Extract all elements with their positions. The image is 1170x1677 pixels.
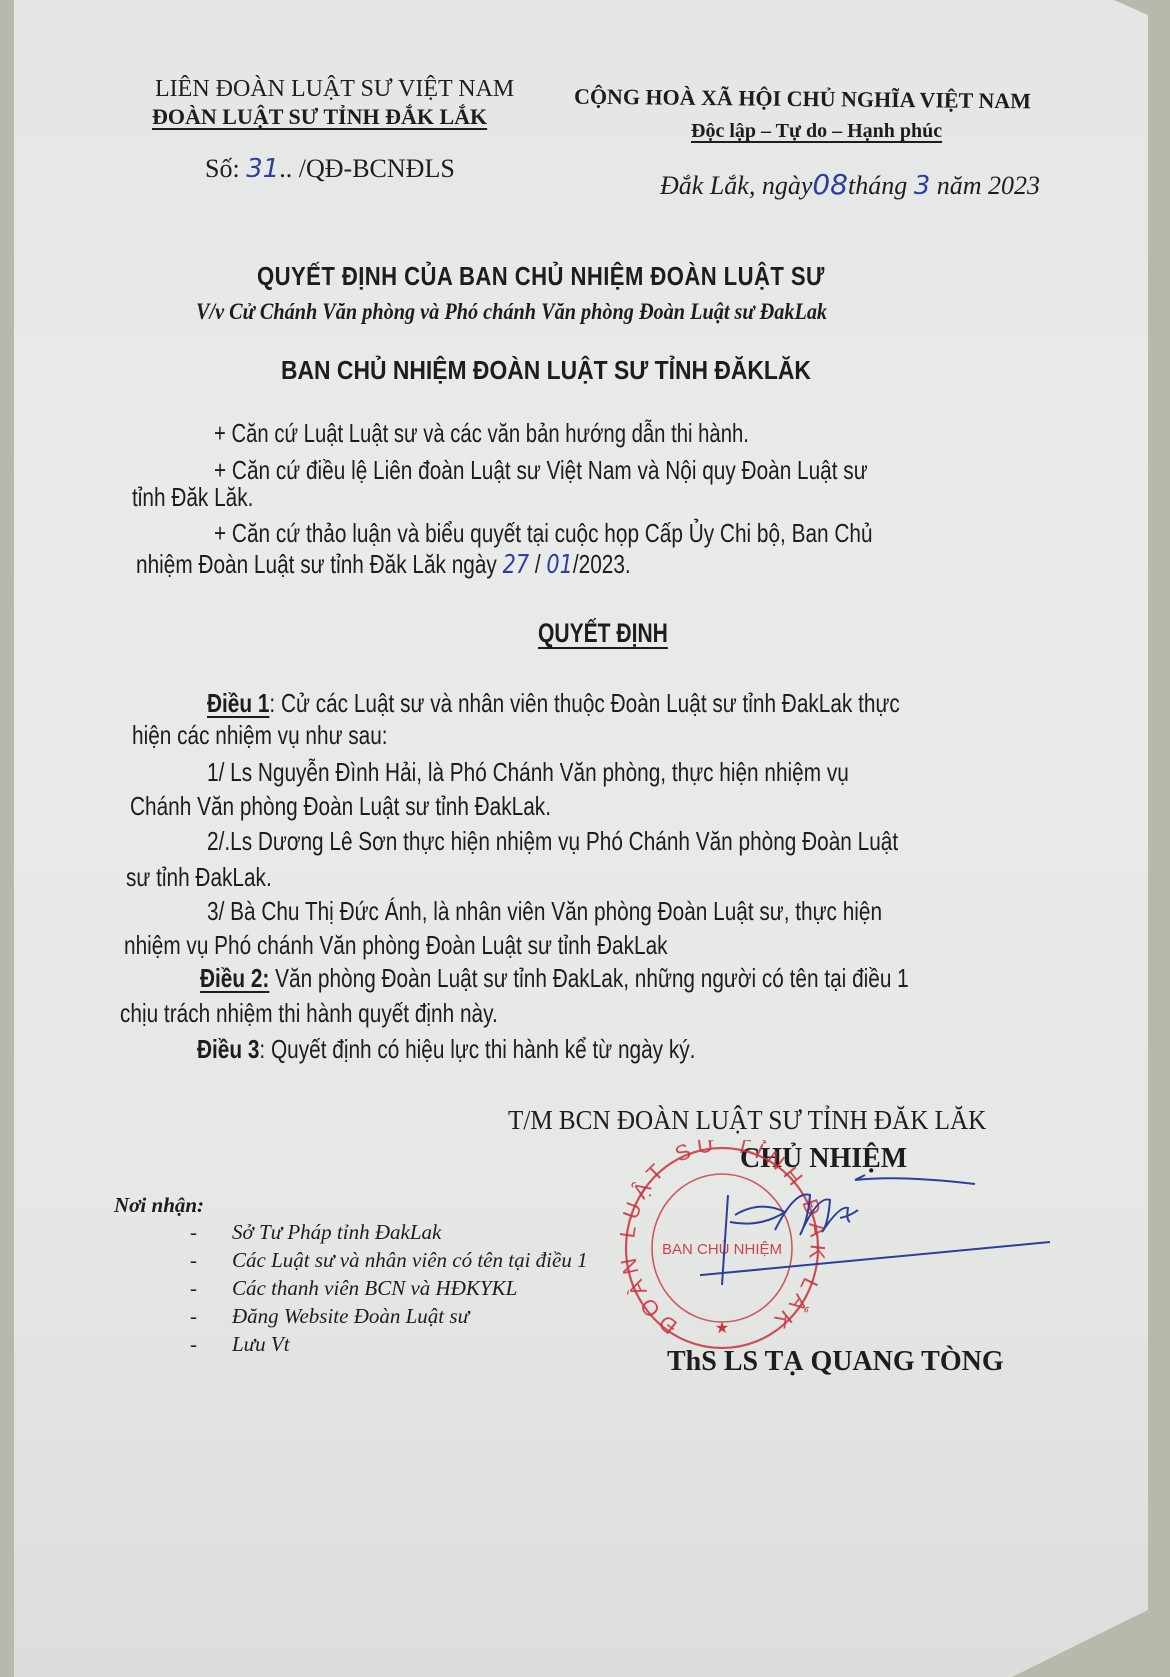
assignment-item-1-cont: Chánh Văn phòng Đoàn Luật sư tỉnh ĐakLak… <box>130 791 551 822</box>
document-number-prefix: Số: <box>205 154 246 183</box>
recipients-title: Nơi nhận: <box>114 1193 204 1218</box>
article-2-label: Điều 2: <box>200 963 269 993</box>
article-2-text: Văn phòng Đoàn Luật sư tỉnh ĐakLak, nhữn… <box>269 963 908 993</box>
assignment-item-1: 1/ Ls Nguyễn Đình Hải, là Phó Chánh Văn … <box>207 757 849 788</box>
decision-heading: QUYẾT ĐỊNH <box>538 618 668 649</box>
signature-org: T/M BCN ĐOÀN LUẬT SƯ TỈNH ĐĂK LĂK <box>508 1105 986 1136</box>
basis-line: + Căn cứ thảo luận và biểu quyết tại cuộ… <box>214 518 873 549</box>
basis-line: nhiệm Đoàn Luật sư tỉnh Đăk Lăk ngày 27 … <box>136 549 631 580</box>
national-motto: Độc lập – Tự do – Hạnh phúc <box>691 120 942 143</box>
basis-date-month: 01 <box>546 550 572 580</box>
recipient-item: Đăng Website Đoàn Luật sư <box>190 1302 588 1330</box>
document-subject: V/v Cử Chánh Văn phòng và Phó chánh Văn … <box>196 299 827 325</box>
basis-date-sep: / <box>529 549 546 579</box>
article-2: Điều 2: Văn phòng Đoàn Luật sư tỉnh ĐakL… <box>200 963 909 994</box>
document-number: Số: 31.. /QĐ-BCNĐLS <box>205 154 455 184</box>
basis-line: tỉnh Đăk Lăk. <box>132 482 253 513</box>
article-1-text: : Cử các Luật sư và nhân viên thuộc Đoàn… <box>269 688 899 718</box>
basis-date-suffix: /2023. <box>573 549 631 579</box>
basis-line: + Căn cứ điều lệ Liên đoàn Luật sư Việt … <box>214 455 868 486</box>
signature-icon <box>700 1150 1080 1330</box>
recipient-item: Lưu Vt <box>190 1330 588 1358</box>
issue-date: Đắk Lắk, ngày08tháng 3 năm 2023 <box>660 168 1040 201</box>
date-month: 3 <box>914 171 931 201</box>
basis-line: + Căn cứ Luật Luật sư và các văn bản hướ… <box>214 418 749 449</box>
signatory-name: ThS LS TẠ QUANG TÒNG <box>667 1346 1004 1378</box>
bar-association-name: ĐOÀN LUẬT SƯ TỈNH ĐẮK LẮK <box>152 104 487 130</box>
article-1-cont: hiện các nhiệm vụ như sau: <box>132 720 388 751</box>
article-3-text: : Quyết định có hiệu lực thi hành kể từ … <box>259 1034 695 1064</box>
issuer-title: BAN CHỦ NHIỆM ĐOÀN LUẬT SƯ TỈNH ĐĂKLĂK <box>281 355 811 386</box>
national-title: CỘNG HOÀ XÃ HỘI CHỦ NGHĨA VIỆT NAM <box>574 84 1031 115</box>
date-month-label: tháng <box>848 171 914 200</box>
date-year: năm 2023 <box>930 171 1040 200</box>
recipient-item: Các Luật sư và nhân viên có tên tại điều… <box>190 1246 588 1274</box>
assignment-item-3: 3/ Bà Chu Thị Đức Ánh, là nhân viên Văn … <box>207 896 882 927</box>
article-2-cont: chịu trách nhiệm thi hành quyết định này… <box>120 998 498 1029</box>
recipient-item: Sở Tư Pháp tỉnh ĐakLak <box>190 1218 588 1246</box>
article-1: Điều 1: Cử các Luật sư và nhân viên thuộ… <box>207 688 900 719</box>
assignment-item-3-cont: nhiệm vụ Phó chánh Văn phòng Đoàn Luật s… <box>124 930 668 961</box>
assignment-item-2-cont: sư tỉnh ĐakLak. <box>126 862 272 893</box>
date-prefix: Đắk Lắk, ngày <box>660 171 812 200</box>
article-3: Điều 3: Quyết định có hiệu lực thi hành … <box>197 1034 695 1065</box>
basis-date-prefix: nhiệm Đoàn Luật sư tỉnh Đăk Lăk ngày <box>136 549 503 579</box>
recipient-item: Các thanh viên BCN và HĐKYKL <box>190 1274 588 1302</box>
date-day: 08 <box>812 168 848 201</box>
federation-name: LIÊN ĐOÀN LUẬT SƯ VIỆT NAM <box>155 76 514 103</box>
document-number-handwritten: 31 <box>246 154 279 184</box>
document-title: QUYẾT ĐỊNH CỦA BAN CHỦ NHIỆM ĐOÀN LUẬT S… <box>257 261 825 292</box>
basis-date-day: 27 <box>503 550 529 580</box>
document-number-suffix: .. /QĐ-BCNĐLS <box>279 154 455 183</box>
article-1-label: Điều 1 <box>207 688 269 718</box>
assignment-item-2: 2/.Ls Dương Lê Sơn thực hiện nhiệm vụ Ph… <box>207 826 898 857</box>
article-3-label: Điều 3 <box>197 1034 259 1064</box>
recipients-list: Sở Tư Pháp tỉnh ĐakLak Các Luật sư và nh… <box>190 1218 588 1358</box>
